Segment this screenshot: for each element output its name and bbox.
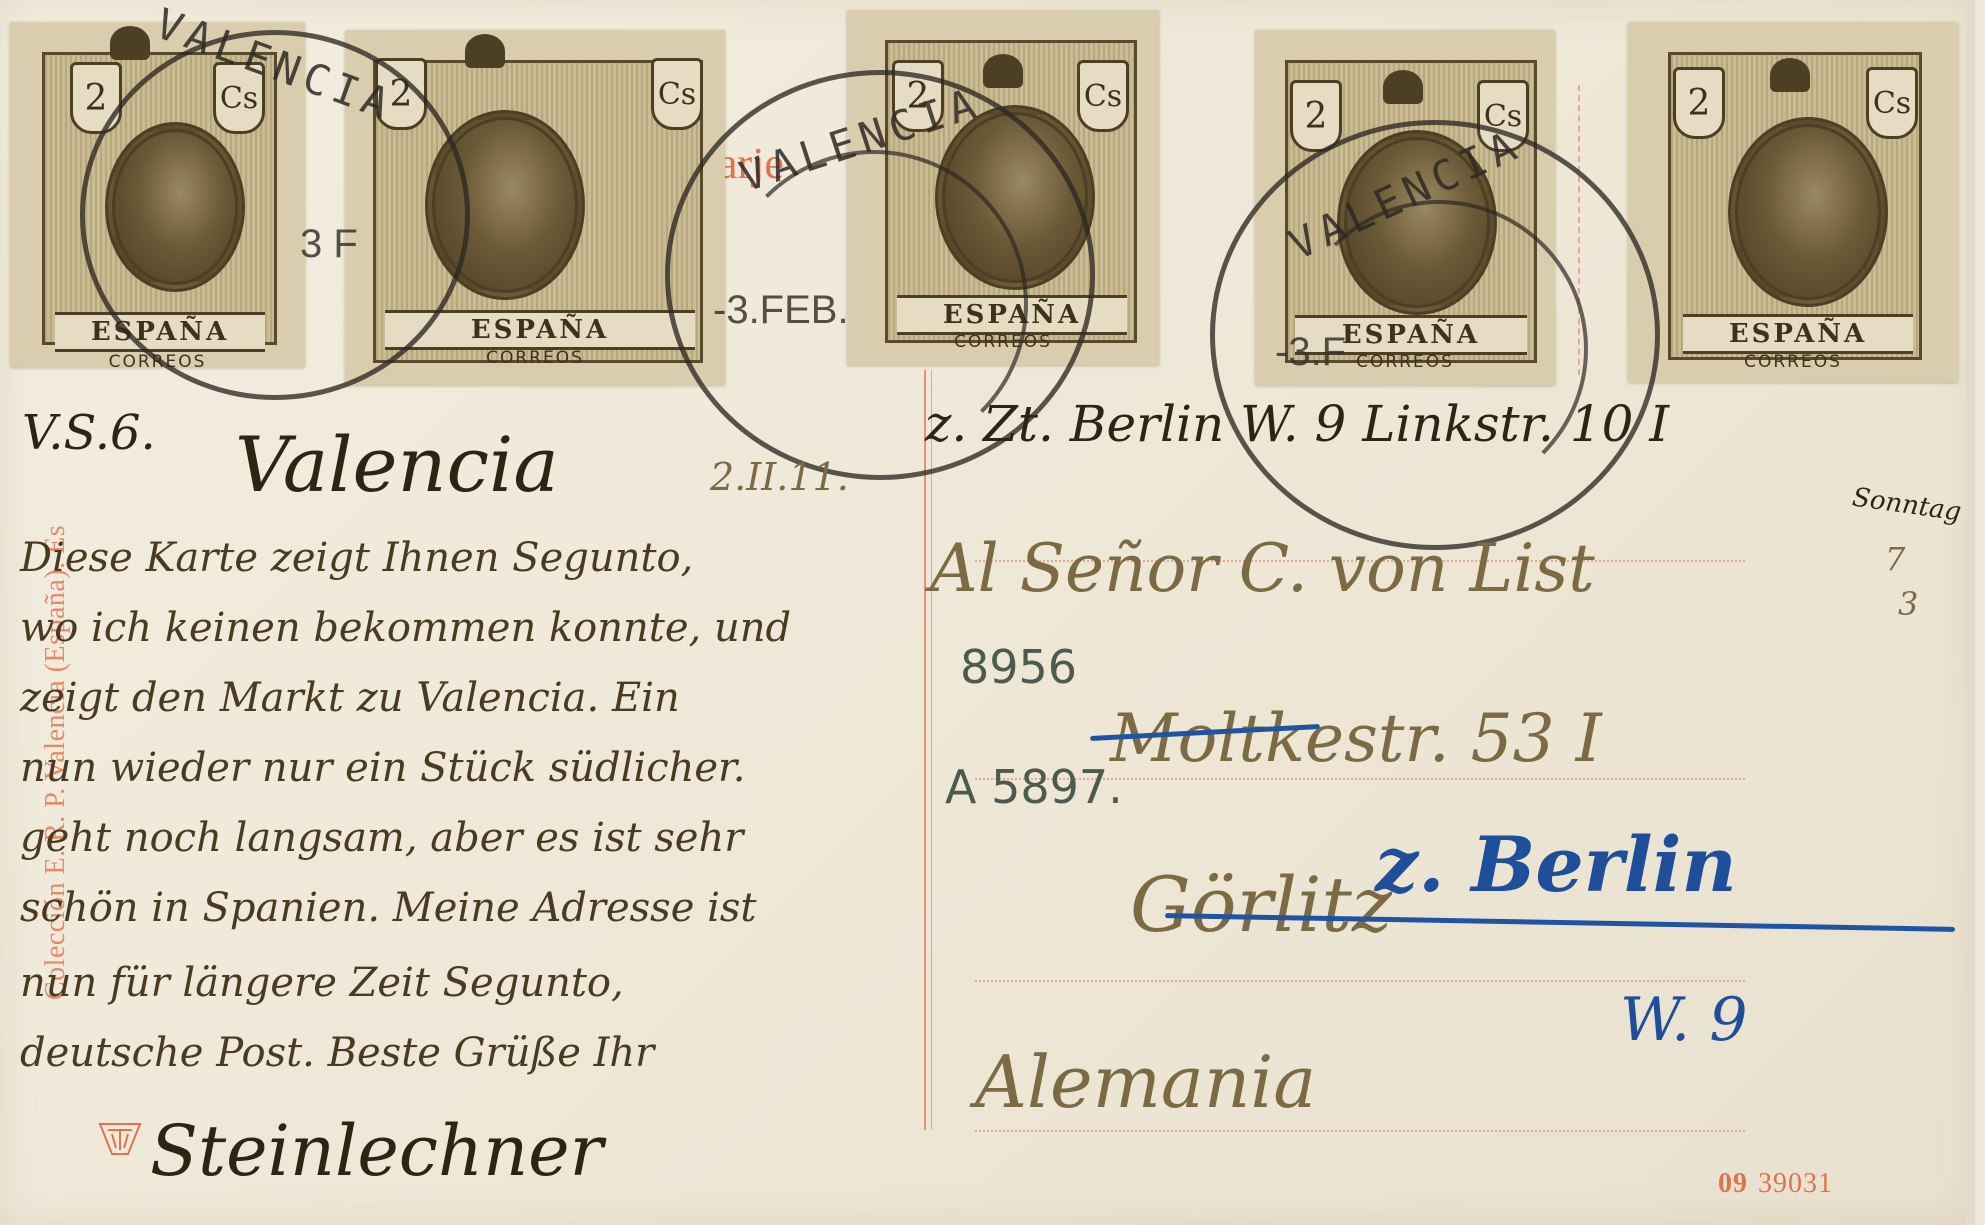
message-line-5: geht noch langsam, aber es ist sehr	[20, 815, 743, 861]
crown-icon	[1770, 58, 1810, 92]
message-signature: Steinlechner	[150, 1110, 603, 1192]
pencil-note-2: A 5897.	[945, 760, 1123, 814]
recipient-country: Alemania	[975, 1040, 1316, 1124]
message-line-7: nun für längere Zeit Segunto,	[20, 960, 624, 1006]
crown-icon	[983, 54, 1023, 88]
king-portrait	[425, 110, 585, 300]
stamp-value: 2	[70, 62, 122, 134]
message-line-8: deutsche Post. Beste Grüße Ihr	[20, 1030, 654, 1076]
postmark-2-date: -3.FEB.	[713, 288, 849, 333]
stamp-service: CORREOS	[345, 348, 725, 368]
stamp-unit: Cs	[1077, 60, 1129, 132]
message-line-6: schön in Spanien. Meine Adresse ist	[20, 885, 756, 931]
recipient-city-redirect: z. Berlin	[1375, 820, 1737, 909]
postmark-1-date: 3 F	[300, 222, 358, 267]
recipient-city-original: Görlitz	[1130, 860, 1392, 949]
center-divider-line	[924, 370, 926, 1130]
stamp-country: ESPAÑA	[55, 312, 265, 352]
stamp-value: 2	[1290, 80, 1342, 152]
address-line-3	[975, 980, 1745, 982]
stamp-service: CORREOS	[1628, 352, 1958, 372]
forwarding-fraction-bottom: 3	[1898, 585, 1918, 623]
stamp-5: 2 Cs ESPAÑA CORREOS	[1628, 22, 1958, 382]
king-portrait	[1728, 117, 1888, 307]
stamp-2: 2 Cs ESPAÑA CORREOS	[345, 30, 725, 385]
forwarding-note-extra: Sonntag	[1850, 483, 1963, 528]
king-portrait	[105, 122, 245, 292]
stamp-unit: Cs	[651, 58, 703, 130]
card-serial-number: 0939031	[1718, 1168, 1833, 1200]
forwarding-fraction-top: 7	[1885, 540, 1905, 578]
publisher-monogram-icon	[98, 1120, 142, 1158]
message-date: 2.II.11.	[710, 455, 849, 499]
message-line-2: wo ich keinen bekommen konnte, und	[20, 605, 791, 651]
stamp-service: CORREOS	[10, 352, 305, 372]
message-line-4: nun wieder nur ein Stück südlicher.	[20, 745, 745, 791]
stamp-country: ESPAÑA	[385, 310, 695, 350]
stamp-country: ESPAÑA	[1683, 314, 1913, 354]
recipient-district-redirect: W. 9	[1620, 985, 1748, 1055]
message-place: Valencia	[235, 420, 559, 509]
recipient-name: Al Señor C. von List	[930, 530, 1595, 607]
postmark-3-date: -3.F	[1275, 330, 1346, 375]
recipient-street: Moltkestr. 53 I	[1110, 700, 1602, 777]
card-right-edge	[1965, 0, 1975, 1225]
forwarding-note: z. Zt. Berlin W. 9 Linkstr. 10 I	[925, 395, 1669, 453]
crown-icon	[110, 26, 150, 60]
center-divider-line-secondary	[931, 370, 932, 1130]
message-line-1: Diese Karte zeigt Ihnen Segunto,	[20, 535, 693, 581]
message-reference: V.S.6.	[22, 405, 156, 461]
crown-icon	[465, 34, 505, 68]
serial-prefix: 09	[1718, 1168, 1748, 1199]
crown-icon	[1383, 70, 1423, 104]
address-line-4	[975, 1130, 1745, 1132]
serial-number: 39031	[1758, 1168, 1833, 1199]
pencil-note-1: 8956	[960, 640, 1077, 694]
stamp-value: 2	[1673, 67, 1725, 139]
message-line-3: zeigt den Markt zu Valencia. Ein	[20, 675, 680, 721]
stamp-unit: Cs	[1866, 67, 1918, 139]
postcard-back: Corr arje Colección E. R. P. Valencia (E…	[0, 0, 1975, 1225]
